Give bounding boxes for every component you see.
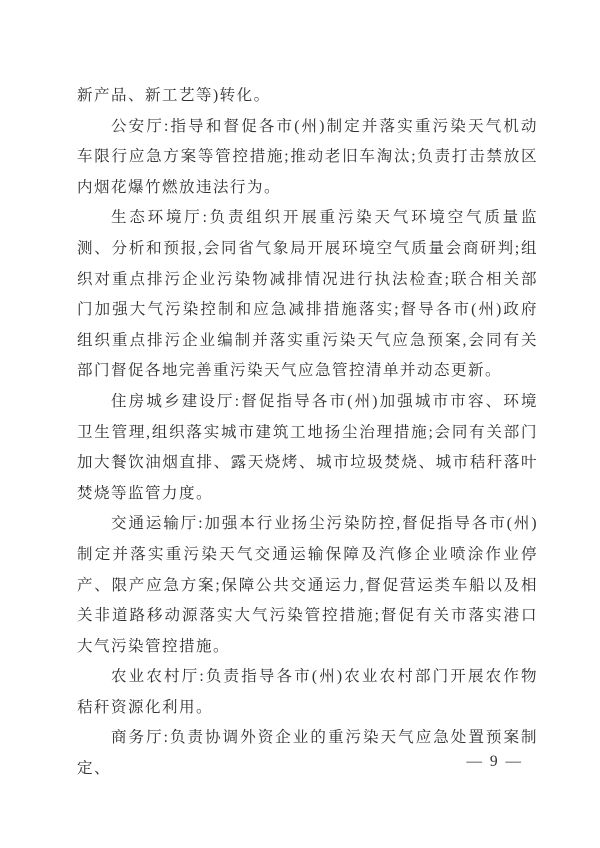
paragraph: 生态环境厅:负责组织开展重污染天气环境空气质量监测、分析和预报,会同省气象局开展… [77, 203, 538, 387]
paragraph: 交通运输厅:加强本行业扬尘污染防控,督促指导各市(州)制定并落实重污染天气交通运… [77, 509, 538, 662]
paragraph: 农业农村厅:负责指导各市(州)农业农村部门开展农作物秸秆资源化利用。 [77, 662, 538, 723]
paragraph: 公安厅:指导和督促各市(州)制定并落实重污染天气机动车限行应急方案等管控措施;推… [77, 112, 538, 204]
paragraph: 新产品、新工艺等)转化。 [77, 81, 538, 112]
document-page: 新产品、新工艺等)转化。公安厅:指导和督促各市(州)制定并落实重污染天气机动车限… [0, 0, 600, 848]
document-body: 新产品、新工艺等)转化。公安厅:指导和督促各市(州)制定并落实重污染天气机动车限… [77, 81, 538, 785]
page-number: — 9 — [467, 753, 524, 771]
paragraph: 住房城乡建设厅:督促指导各市(州)加强城市市容、环境卫生管理,组织落实城市建筑工… [77, 387, 538, 509]
